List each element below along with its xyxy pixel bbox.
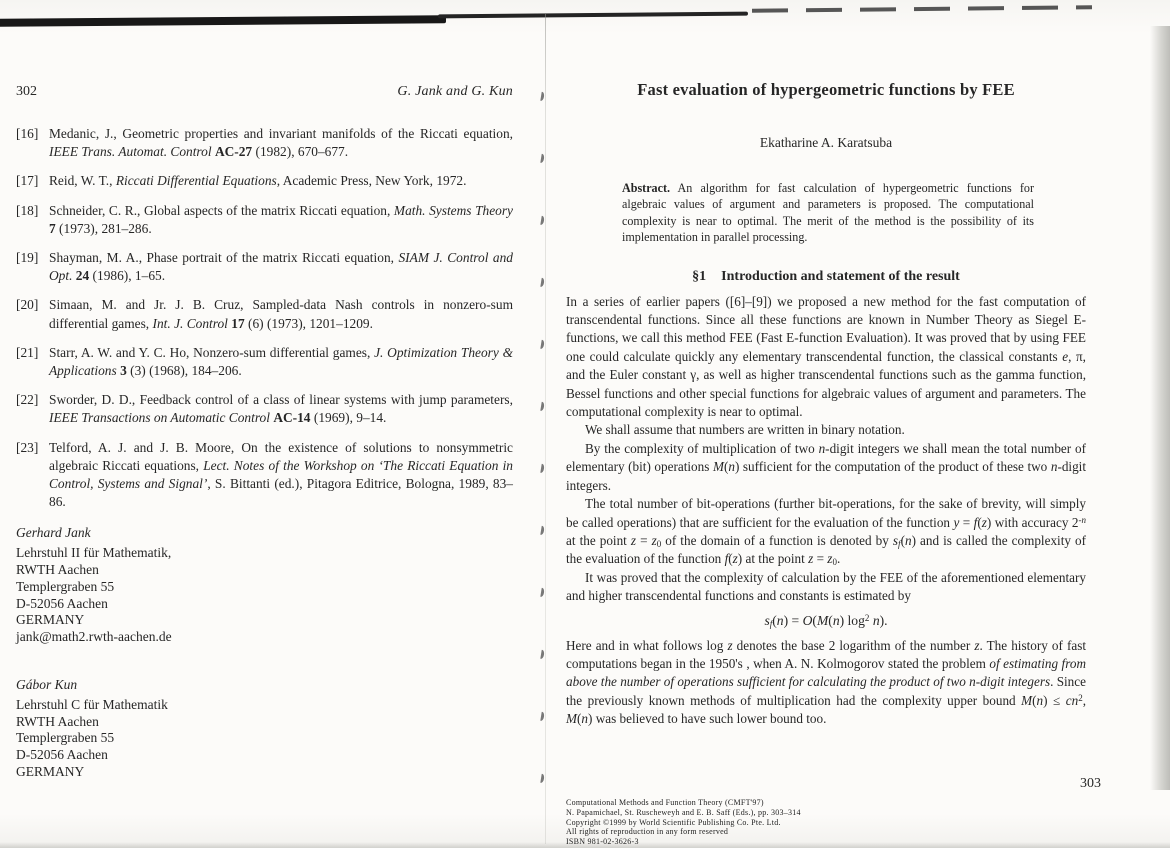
reference-text: Schneider, C. R., Global aspects of the … (49, 203, 513, 236)
reference-text: Simaan, M. and Jr. J. B. Cruz, Sampled-d… (49, 297, 513, 330)
running-head: G. Jank and G. Kun (397, 84, 513, 100)
reference-number: [20] (16, 296, 38, 314)
left-page-content: 302 G. Jank and G. Kun [16]Medanic, J., … (16, 0, 513, 781)
reference-number: [21] (16, 344, 38, 362)
left-page-number: 302 (16, 84, 37, 100)
body-paragraph: Here and in what follows log z denotes t… (566, 637, 1086, 729)
footer-line: Copyright ©1999 by World Scientific Publ… (566, 818, 801, 828)
reference-number: [23] (16, 439, 38, 457)
abstract: Abstract. An algorithm for fast calculat… (622, 180, 1034, 246)
paper-title: Fast evaluation of hypergeometric functi… (566, 80, 1086, 100)
author-address-line: D-52056 Aachen (16, 596, 513, 613)
body-paragraph: It was proved that the complexity of cal… (566, 569, 1086, 606)
author-address-line: Templergraben 55 (16, 730, 513, 747)
reference-item: [17]Reid, W. T., Riccati Differential Eq… (16, 172, 513, 190)
author-address-line: GERMANY (16, 612, 513, 629)
author-address-line: Lehrstuhl II für Mathematik, (16, 545, 513, 562)
author-address-line: Templergraben 55 (16, 579, 513, 596)
author-name: Gerhard Jank (16, 525, 513, 542)
paper-author: Ekatharine A. Karatsuba (566, 135, 1086, 151)
author-address-line: Lehrstuhl C für Mathematik (16, 697, 513, 714)
body-paragraph: In a series of earlier papers ([6]–[9]) … (566, 293, 1086, 422)
author-block: Gerhard JankLehrstuhl II für Mathematik,… (16, 525, 513, 646)
reference-number: [16] (16, 125, 38, 143)
reference-item: [19]Shayman, M. A., Phase portrait of th… (16, 249, 513, 285)
reference-item: [22]Sworder, D. D., Feedback control of … (16, 391, 513, 427)
right-page: Fast evaluation of hypergeometric functi… (546, 0, 1170, 848)
reference-number: [17] (16, 172, 38, 190)
reference-number: [18] (16, 202, 38, 220)
author-address-line: RWTH Aachen (16, 562, 513, 579)
reference-item: [20]Simaan, M. and Jr. J. B. Cruz, Sampl… (16, 296, 513, 332)
reference-text: Shayman, M. A., Phase portrait of the ma… (49, 250, 513, 283)
footer-line: All rights of reproduction in any form r… (566, 827, 801, 837)
reference-text: Starr, A. W. and Y. C. Ho, Nonzero-sum d… (49, 345, 513, 378)
reference-text: Telford, A. J. and J. B. Moore, On the e… (49, 440, 513, 510)
body-paragraph: We shall assume that numbers are written… (566, 421, 1086, 439)
reference-number: [22] (16, 391, 38, 409)
section-number: §1 (692, 269, 706, 284)
right-page-content: Fast evaluation of hypergeometric functi… (566, 0, 1086, 729)
author-address-line: D-52056 Aachen (16, 747, 513, 764)
footer-line: N. Papamichael, St. Ruscheweyh and E. B.… (566, 808, 801, 818)
author-address-blocks: Gerhard JankLehrstuhl II für Mathematik,… (16, 525, 513, 780)
reference-list: [16]Medanic, J., Geometric properties an… (16, 125, 513, 511)
author-name: Gábor Kun (16, 677, 513, 694)
body-paragraph: The total number of bit-operations (furt… (566, 495, 1086, 569)
reference-item: [23]Telford, A. J. and J. B. Moore, On t… (16, 439, 513, 512)
author-block: Gábor KunLehrstuhl C für MathematikRWTH … (16, 677, 513, 781)
reference-text: Medanic, J., Geometric properties and in… (49, 126, 513, 159)
reference-item: [18]Schneider, C. R., Global aspects of … (16, 202, 513, 238)
complexity-formula: sf(n) = O(M(n) log2 n). (566, 611, 1086, 631)
left-page: 302 G. Jank and G. Kun [16]Medanic, J., … (0, 0, 545, 848)
reference-text: Sworder, D. D., Feedback control of a cl… (49, 392, 513, 425)
reference-item: [21]Starr, A. W. and Y. C. Ho, Nonzero-s… (16, 344, 513, 380)
author-address-line: RWTH Aachen (16, 714, 513, 731)
author-address-line: GERMANY (16, 764, 513, 781)
reference-item: [16]Medanic, J., Geometric properties an… (16, 125, 513, 161)
intro-paragraphs: In a series of earlier papers ([6]–[9]) … (566, 293, 1086, 729)
section-title: Introduction and statement of the result (721, 269, 960, 284)
reference-text: Reid, W. T., Riccati Differential Equati… (49, 173, 466, 188)
footer-line: Computational Methods and Function Theor… (566, 798, 801, 808)
reference-number: [19] (16, 249, 38, 267)
footer-line: ISBN 981-02-3626-3 (566, 837, 801, 847)
section-heading: §1Introduction and statement of the resu… (566, 269, 1086, 285)
copyright-footer: Computational Methods and Function Theor… (566, 798, 801, 847)
body-paragraph: By the complexity of multiplication of t… (566, 440, 1086, 495)
author-address-line: jank@math2.rwth-aachen.de (16, 629, 513, 646)
right-page-number: 303 (1080, 776, 1101, 792)
left-page-header: 302 G. Jank and G. Kun (16, 84, 513, 100)
